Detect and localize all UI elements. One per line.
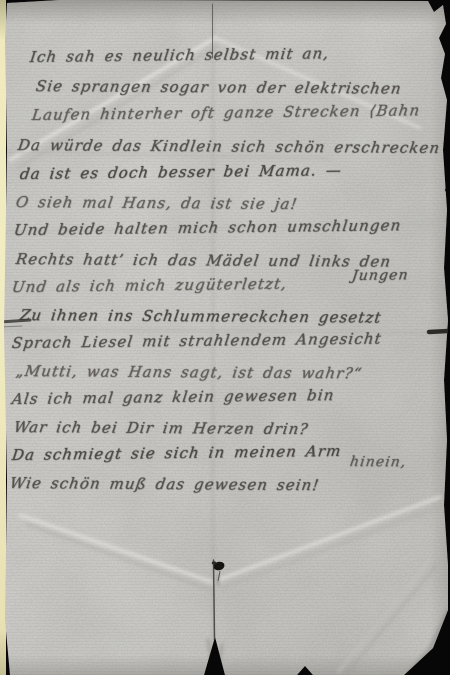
handwriting-wrapped-word: Jungen	[351, 265, 410, 286]
handwriting-text: Ich sah es neulich selbst mit an, Sie sp…	[0, 0, 450, 675]
handwriting-line: Da schmiegt sie sich in meinen Arm	[11, 441, 343, 465]
handwriting-line: Zu ihnen ins Schlummereckchen gesetzt	[19, 305, 384, 328]
edge-tear-spot	[442, 69, 447, 74]
handwriting-line: Und beide halten mich schon umschlungen	[13, 215, 403, 240]
handwriting-line: Rechts hatt’ ich das Mädel und links den	[15, 249, 393, 272]
handwriting-line: da ist es doch besser bei Mama. —	[19, 160, 344, 184]
handwriting-line: Laufen hinterher oft ganze Strecken ⟨Bah…	[31, 100, 422, 125]
handwriting-line: Sprach Liesel mit strahlendem Angesicht	[11, 328, 383, 353]
handwriting-line: Wie schön muß das gewesen sein!	[9, 473, 321, 495]
handwriting-wrapped-word: hinein,	[349, 452, 408, 472]
handwriting-line: War ich bei Dir im Herzen drin?	[13, 417, 311, 439]
handwriting-line: Und als ich mich zugüterletzt,	[11, 274, 289, 297]
handwriting-line: „Mutti, was Hans sagt, ist das wahr?“	[15, 361, 364, 383]
handwriting-line: Als ich mal ganz klein gewesen bin	[11, 385, 336, 409]
handwriting-line: Sie sprangen sogar von der elektrischen	[35, 76, 404, 99]
scan-background: Ich sah es neulich selbst mit an, Sie sp…	[0, 0, 450, 675]
letter-page: Ich sah es neulich selbst mit an, Sie sp…	[0, 0, 450, 675]
handwriting-line: O sieh mal Hans, da ist sie ja!	[15, 192, 300, 214]
handwriting-line: Da würde das Kindlein sich schön erschre…	[17, 135, 442, 158]
handwriting-line: Ich sah es neulich selbst mit an,	[29, 43, 331, 67]
